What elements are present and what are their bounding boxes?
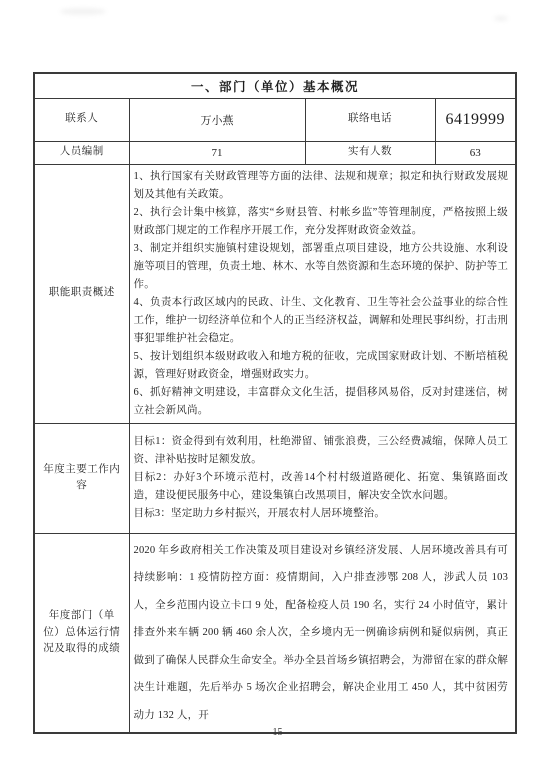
annual-work-goal: 目标2：办好3个环境示范村，改善14个村村级道路硬化、拓宽、集镇路面改造，建设便… xyxy=(134,469,509,505)
duties-row: 职能职责概述 1、执行国家有关财政管理等方面的法律、法规和规章；拟定和执行财政发… xyxy=(34,164,516,423)
performance-label: 年度部门（单位）总体运行情况及取得的成绩 xyxy=(34,533,129,733)
duties-item: 4、负责本行政区域内的民政、计生、文化教育、卫生等社会公益事业的综合性工作，维护… xyxy=(134,294,509,348)
annual-work-row: 年度主要工作内容 目标1：资金得到有效利用，杜绝滞留、铺张浪费，三公经费减缩，保… xyxy=(34,423,516,533)
duties-item: 6、抓好精神文明建设，丰富群众文化生活，提倡移风易俗，反对封建迷信，树立社会新风… xyxy=(134,384,509,420)
table-title: 一、部门（单位）基本概况 xyxy=(34,73,516,98)
scan-artifact xyxy=(60,8,106,15)
annual-work-content: 目标1：资金得到有效利用，杜绝滞留、铺张浪费，三公经费减缩，保障人员工资、津补贴… xyxy=(129,423,516,533)
duties-item: 3、制定并组织实施镇村建设规划，部署重点项目建设，地方公共设施、水利设施等项目的… xyxy=(134,240,509,294)
basic-overview-table: 一、部门（单位）基本概况 联系人 万小燕 联络电话 6419999 人员编制 7… xyxy=(33,72,517,734)
annual-work-goal: 目标1：资金得到有效利用，杜绝滞留、铺张浪费，三公经费减缩，保障人员工资、津补贴… xyxy=(134,433,509,469)
contact-person-label: 联系人 xyxy=(34,98,129,141)
duties-item: 2、执行会计集中核算，落实“乡财县管、村帐乡监”等管理制度，严格按照上级财政部门… xyxy=(134,204,509,240)
page-number: 15 xyxy=(0,727,555,738)
duties-item: 1、执行国家有关财政管理等方面的法律、法规和规章；拟定和执行财政发展规划及其他有… xyxy=(134,168,509,204)
performance-text: 2020 年乡政府相关工作决策及项目建设对乡镇经济发展、人居环境改善具有可持续影… xyxy=(134,537,509,730)
contact-person-value: 万小燕 xyxy=(129,98,305,141)
performance-content: 2020 年乡政府相关工作决策及项目建设对乡镇经济发展、人居环境改善具有可持续影… xyxy=(129,533,516,733)
document-page: 一、部门（单位）基本概况 联系人 万小燕 联络电话 6419999 人员编制 7… xyxy=(0,0,555,784)
table-title-row: 一、部门（单位）基本概况 xyxy=(34,73,516,98)
phone-value: 6419999 xyxy=(435,98,516,141)
duties-item: 5、按计划组织本级财政收入和地方税的征收，完成国家财政计划、不断培植税源，管理好… xyxy=(134,348,509,384)
staffing-row: 人员编制 71 实有人数 63 xyxy=(34,141,516,164)
phone-label: 联络电话 xyxy=(305,98,435,141)
scan-artifact xyxy=(494,16,508,21)
annual-work-goal: 目标3：坚定助力乡村振兴，开展农村人居环境整治。 xyxy=(134,505,509,523)
staffing-value: 71 xyxy=(129,141,305,164)
annual-work-label: 年度主要工作内容 xyxy=(34,423,129,533)
contact-row: 联系人 万小燕 联络电话 6419999 xyxy=(34,98,516,141)
actual-count-label: 实有人数 xyxy=(305,141,435,164)
performance-row: 年度部门（单位）总体运行情况及取得的成绩 2020 年乡政府相关工作决策及项目建… xyxy=(34,533,516,733)
staffing-label: 人员编制 xyxy=(34,141,129,164)
actual-count-value: 63 xyxy=(435,141,516,164)
duties-content: 1、执行国家有关财政管理等方面的法律、法规和规章；拟定和执行财政发展规划及其他有… xyxy=(129,164,516,423)
duties-label: 职能职责概述 xyxy=(34,164,129,423)
